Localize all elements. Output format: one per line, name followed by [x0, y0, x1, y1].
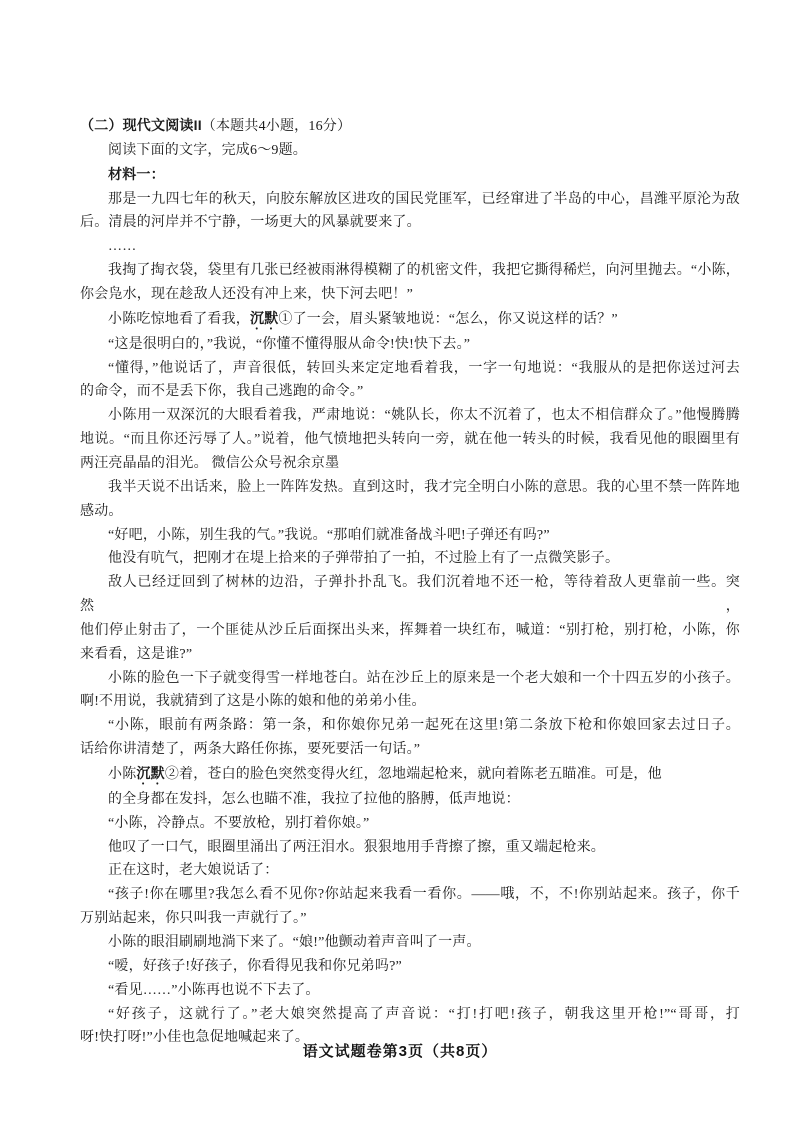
text-line: “看见……”小陈再也说不下去了。: [80, 979, 740, 1003]
text-line: 他没有吭气，把刚才在堤上拾来的子弹带拍了一拍，不过脸上有了一点微笑影子。: [80, 547, 740, 571]
text-segment: “孩子!你在哪里?我怎么看不见你?你站起来我看一看你。——哦，不，不!你别站起来…: [108, 887, 740, 902]
text-segment: ……: [108, 239, 136, 254]
exam-paper-page: （二）现代文阅读II（本题共4小题，16分）阅读下面的文字，完成6～9题。材料一…: [0, 0, 800, 1131]
text-segment: 地说。“而且你还污辱了人。”说着，他气愤地把头转向一旁，就在他一转头的时候，我看…: [80, 432, 740, 447]
text-segment: “好吧，小陈，别生我的气。”我说。“那咱们就准备战斗吧!子弹还有吗?”: [108, 528, 550, 543]
text-segment: 那是一九四七年的秋天，向胶东解放区进攻的国民党匪军，已经窜进了半岛的中心，昌潍平…: [108, 192, 740, 207]
text-segment: 小陈吃惊地看了看我，: [108, 312, 250, 327]
text-segment: 的命令，而不是丢下你，我自己逃跑的命令。”: [80, 384, 363, 399]
text-segment: 的全身都在发抖，怎么也瞄不准，我拉了拉他的胳膊，低声地说：: [108, 792, 520, 807]
text-line: 他叹了一口气，眼圈里涌出了两汪泪水。狠狠地用手背擦了擦，重又端起枪来。: [80, 836, 740, 860]
text-line: 正在这时，老大娘说话了：: [80, 859, 740, 883]
text-segment: 后。清晨的河岸并不宁静，一场更大的风暴就要来了。: [80, 215, 421, 230]
text-line: 的命令，而不是丢下你，我自己逃跑的命令。”: [80, 380, 740, 404]
text-segment: （二）现代文阅读II: [80, 117, 202, 133]
page-footer: 语文试题卷第3页（共8页）: [0, 1040, 800, 1061]
text-segment: 我掏了掏衣袋，袋里有几张已经被雨淋得模糊了的机密文件，我把它撕得稀烂，向河里抛去…: [108, 263, 740, 278]
text-segment: “这是很明白的，”我说，“你懂不懂得服从命令!快!快下去。”: [108, 337, 470, 352]
text-segment: 材料一：: [108, 166, 165, 182]
text-segment: 万别站起来，你只叫我一声就行了。”: [80, 911, 307, 926]
text-line: 小陈的脸色一下子就变得雪一样地苍白。站在沙丘上的原来是一个老大娘和一个十四五岁的…: [80, 667, 740, 691]
text-segment: “懂得，”他说话了，声音很低，转回头来定定地看着我，一字一句地说：“我服从的是把…: [108, 361, 740, 376]
text-segment: “小陈，眼前有两条路：第一条，和你娘你兄弟一起死在这里!第二条放下枪和你娘回家去…: [108, 718, 740, 733]
text-segment: 他叹了一口气，眼圈里涌出了两汪泪水。狠狠地用手背擦了擦，重又端起枪来。: [108, 840, 605, 855]
text-line: 啊!不用说，我就猜到了这是小陈的娘和他的弟弟小佳。: [80, 690, 740, 714]
text-segment: 啊!不用说，我就猜到了这是小陈的娘和他的弟弟小佳。: [80, 694, 426, 709]
text-line: “好孩子，这就行了。”老大娘突然提高了声音说：“打!打吧!孩子，朝我这里开枪!”…: [80, 1003, 740, 1027]
text-segment: “看见……”小陈再也说不下去了。: [108, 983, 320, 998]
text-segment: “小陈，冷静点。不要放枪，别打着你娘。”: [108, 816, 369, 831]
text-segment: “嗳，好孩子!好孩子，你看得见我和你兄弟吗?”: [108, 959, 402, 974]
text-line: 的全身都在发抖，怎么也瞄不准，我拉了拉他的胳膊，低声地说：: [80, 788, 740, 812]
text-line: “嗳，好孩子!好孩子，你看得见我和你兄弟吗?”: [80, 955, 740, 979]
text-line: 后。清晨的河岸并不宁静，一场更大的风暴就要来了。: [80, 211, 740, 235]
text-segment: 你会凫水，现在趁敌人还没有冲上来，快下河去吧！”: [80, 287, 413, 302]
text-line: 你会凫水，现在趁敌人还没有冲上来，快下河去吧！”: [80, 283, 740, 307]
text-line: 小陈用一双深沉的大眼看着我，严肃地说：“姚队长，你太不沉着了，也太不相信群众了。…: [80, 404, 740, 428]
text-line: 话给你讲清楚了，两条大路任你拣，要死要活一句话。”: [80, 738, 740, 762]
text-segment: 感动。: [80, 504, 123, 519]
text-segment: 小陈: [108, 767, 136, 782]
text-line: 我半天说不出话来，脸上一阵阵发热。直到这时，我才完全明白小陈的意思。我的心里不禁…: [80, 476, 740, 500]
text-segment: “好孩子，这就行了。”老大娘突然提高了声音说：“打!打吧!孩子，朝我这里开枪!”…: [108, 1007, 740, 1022]
text-segment: 他没有吭气，把刚才在堤上拾来的子弹带拍了一拍，不过脸上有了一点微笑影子。: [108, 551, 619, 566]
text-segment: 小陈的脸色一下子就变得雪一样地苍白。站在沙丘上的原来是一个老大娘和一个十四五岁的…: [108, 671, 740, 686]
text-line: “小陈，眼前有两条路：第一条，和你娘你兄弟一起死在这里!第二条放下枪和你娘回家去…: [80, 714, 740, 738]
text-line: 那是一九四七年的秋天，向胶东解放区进攻的国民党匪军，已经窜进了半岛的中心，昌潍平…: [80, 188, 740, 212]
text-line: ……: [80, 235, 740, 259]
text-line: 阅读下面的文字，完成6～9题。: [80, 139, 740, 163]
text-segment: 小陈用一双深沉的大眼看着我，严肃地说：“姚队长，你太不沉着了，也太不相信群众了。…: [108, 408, 740, 423]
text-line: （二）现代文阅读II（本题共4小题，16分）: [80, 114, 740, 139]
text-line: “好吧，小陈，别生我的气。”我说。“那咱们就准备战斗吧!子弹还有吗?”: [80, 524, 740, 548]
text-line: 感动。: [80, 500, 740, 524]
text-line: 敌人已经迂回到了树林的边沿，子弹扑扑乱飞。我们沉着地不还一枪，等待着敌人更靠前一…: [80, 571, 740, 619]
text-line: 我掏了掏衣袋，袋里有几张已经被雨淋得模糊了的机密文件，我把它撕得稀烂，向河里抛去…: [80, 259, 740, 283]
text-line: 他们停止射击了，一个匪徒从沙丘后面探出头来，挥舞着一块红布，喊道：“别打枪，别打…: [80, 619, 740, 643]
text-line: “小陈，冷静点。不要放枪，别打着你娘。”: [80, 812, 740, 836]
text-segment: ②着，苍白的脸色突然变得火红，忽地端起枪来，就向着陈老五瞄准。可是，他: [165, 767, 662, 782]
text-line: “孩子!你在哪里?我怎么看不见你?你站起来我看一看你。——哦，不，不!你别站起来…: [80, 883, 740, 907]
text-segment: 我半天说不出话来，脸上一阵阵发热。直到这时，我才完全明白小陈的意思。我的心里不禁…: [108, 480, 740, 495]
text-line: 万别站起来，你只叫我一声就行了。”: [80, 907, 740, 931]
emphasized-text: 沉默: [250, 310, 278, 326]
emphasized-text: 沉默: [136, 765, 164, 781]
text-segment: 两汪亮晶晶的泪光。 微信公众号祝余京墨: [80, 456, 339, 471]
text-line: 来看看，这是谁?”: [80, 643, 740, 667]
text-segment: 话给你讲清楚了，两条大路任你拣，要死要活一句话。”: [80, 742, 420, 757]
text-segment: 正在这时，老大娘说话了：: [108, 863, 278, 878]
text-line: 材料一：: [80, 163, 740, 188]
text-segment: 敌人已经迂回到了树林的边沿，子弹扑扑乱飞。我们沉着地不还一枪，等待着敌人更靠前一…: [80, 575, 740, 614]
text-line: 两汪亮晶晶的泪光。 微信公众号祝余京墨: [80, 452, 740, 476]
text-line: “懂得，”他说话了，声音很低，转回头来定定地看着我，一字一句地说：“我服从的是把…: [80, 357, 740, 381]
text-line: 小陈吃惊地看了看我，沉默①了一会，眉头紧皱地说：“怎么，你又说这样的话？”: [80, 307, 740, 333]
text-segment: 小陈的眼泪刷刷地淌下来了。“娘!”他颤动着声音叫了一声。: [108, 935, 481, 950]
document-body: （二）现代文阅读II（本题共4小题，16分）阅读下面的文字，完成6～9题。材料一…: [80, 114, 740, 1050]
text-segment: （本题共4小题，16分）: [202, 119, 351, 134]
text-segment: 来看看，这是谁?”: [80, 647, 192, 662]
text-segment: 阅读下面的文字，完成6～9题。: [108, 143, 307, 158]
text-line: “这是很明白的，”我说，“你懂不懂得服从命令!快!快下去。”: [80, 333, 740, 357]
text-line: 地说。“而且你还污辱了人。”说着，他气愤地把头转向一旁，就在他一转头的时候，我看…: [80, 428, 740, 452]
text-segment: 他们停止射击了，一个匪徒从沙丘后面探出头来，挥舞着一块红布，喊道：“别打枪，别打…: [80, 623, 740, 638]
text-line: 小陈沉默②着，苍白的脸色突然变得火红，忽地端起枪来，就向着陈老五瞄准。可是，他: [80, 762, 740, 788]
text-line: 小陈的眼泪刷刷地淌下来了。“娘!”他颤动着声音叫了一声。: [80, 931, 740, 955]
text-segment: ①了一会，眉头紧皱地说：“怎么，你又说这样的话？”: [278, 312, 617, 327]
